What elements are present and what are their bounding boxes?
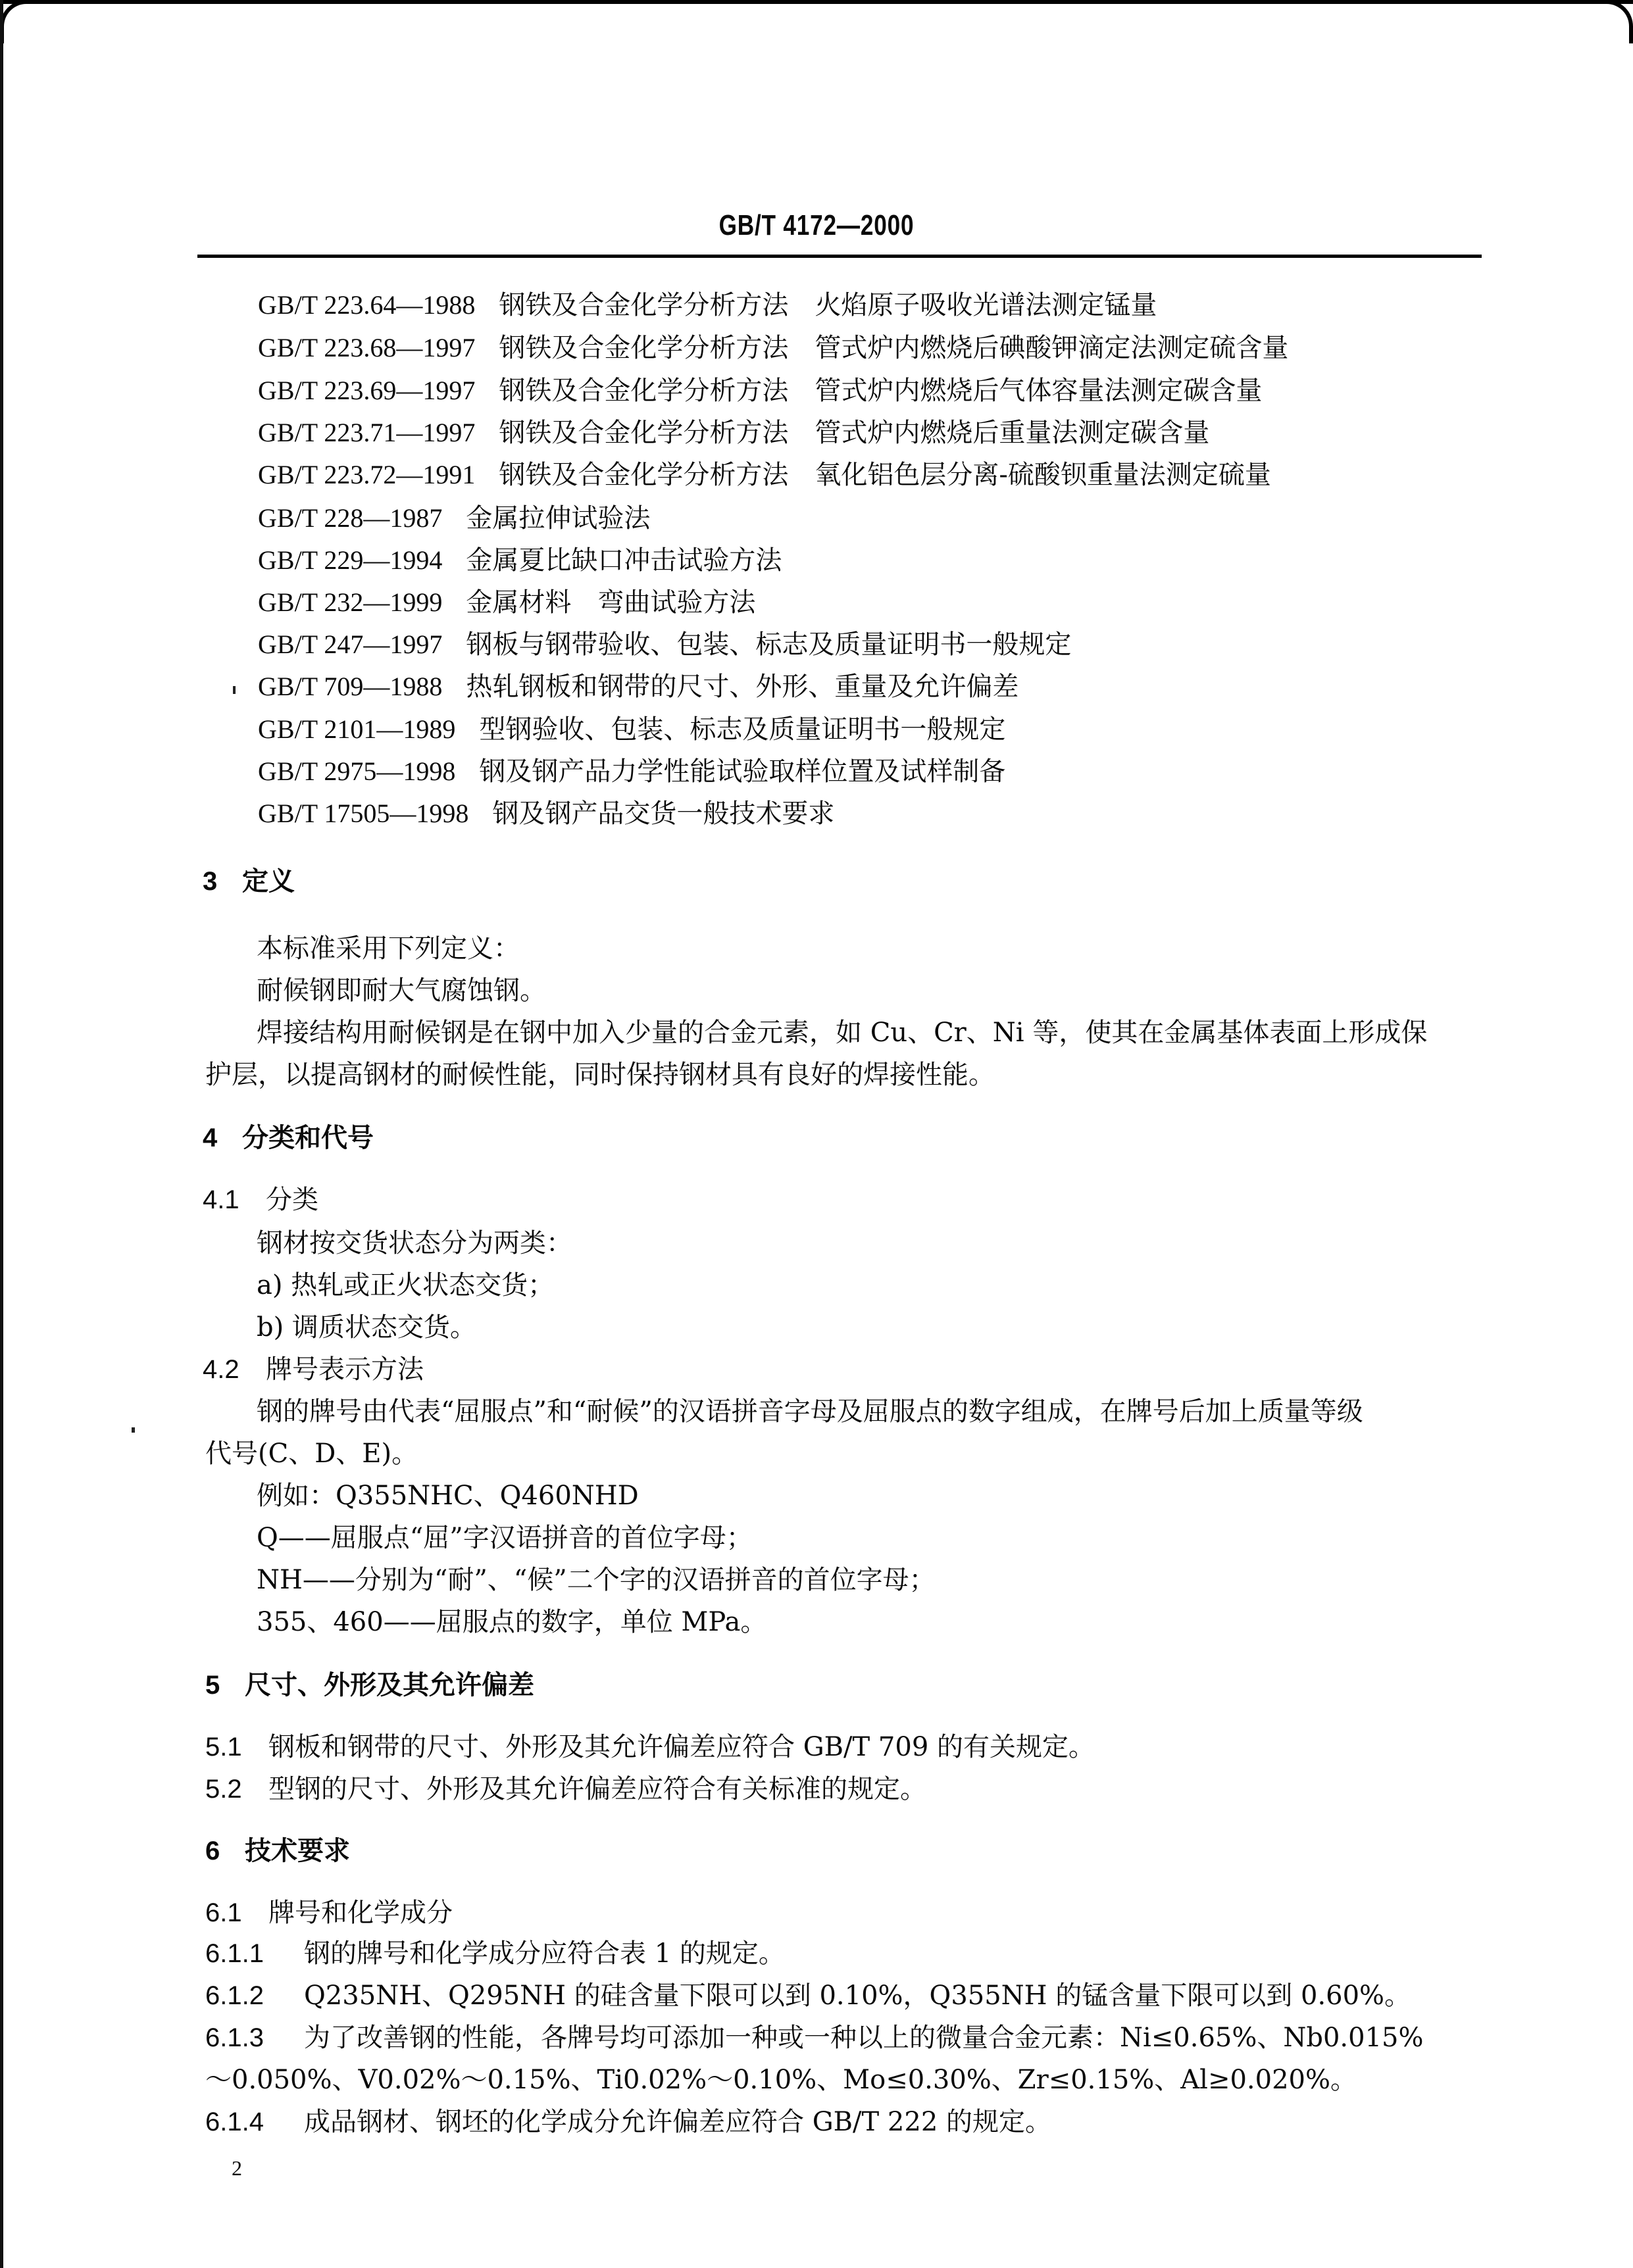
reference-item: GB/T 223.68—1997钢铁及合金化学分析方法 管式炉内燃烧后碘酸钾滴定…: [258, 332, 1288, 364]
reference-title: 钢及钢产品交货一般技术要求: [492, 798, 834, 829]
reference-title: 金属材料 弯曲试验方法: [466, 587, 755, 618]
subsection-6-1-heading: 6.1牌号和化学成分: [205, 1897, 453, 1929]
reference-title: 金属夏比缺口冲击试验方法: [466, 545, 782, 576]
reference-code: GB/T 229—1994: [258, 545, 442, 576]
clause-5-2: 5.2型钢的尺寸、外形及其允许偏差应符合有关标准的规定。: [205, 1773, 926, 1805]
clause-number: 6.1.1: [205, 1938, 304, 1969]
standard-code-header: GB/T 4172—2000: [163, 209, 1470, 242]
reference-code: GB/T 247—1997: [258, 629, 442, 660]
clause-number: 6.1.3: [205, 2022, 304, 2054]
paragraph: 钢材按交货状态分为两类：: [257, 1227, 572, 1259]
section-number: 4: [203, 1122, 242, 1154]
reference-code: GB/T 709—1988: [258, 671, 442, 703]
scan-corner-left: [0, 0, 43, 43]
reference-code: GB/T 223.71—1997: [258, 417, 475, 449]
scan-speck: [233, 686, 236, 694]
section-number: 6: [205, 1835, 245, 1867]
reference-title: 钢铁及合金化学分析方法 管式炉内燃烧后碘酸钾滴定法测定硫含量: [499, 332, 1288, 364]
subsection-title: 牌号和化学成分: [268, 1898, 453, 1928]
section-number: 5: [205, 1669, 245, 1701]
clause-6-1-2: 6.1.2Q235NH、Q295NH 的硅含量下限可以到 0.10%，Q355N…: [205, 1980, 1411, 2011]
clause-text: Q235NH、Q295NH 的硅含量下限可以到 0.10%，Q355NH 的锰含…: [304, 1981, 1411, 2011]
reference-item: GB/T 247—1997钢板与钢带验收、包装、标志及质量证明书一般规定: [258, 629, 1071, 660]
clause-text: 钢板和钢带的尺寸、外形及其允许偏差应符合 GB/T 709 的有关规定。: [268, 1732, 1095, 1762]
clause-6-1-4: 6.1.4成品钢材、钢坯的化学成分允许偏差应符合 GB/T 222 的规定。: [205, 2106, 1051, 2138]
clause-number: 5.1: [205, 1731, 268, 1763]
clause-6-1-3: 6.1.3为了改善钢的性能，各牌号均可添加一种或一种以上的微量合金元素：Ni≤0…: [205, 2022, 1424, 2054]
section-3-heading: 3定义: [203, 866, 295, 897]
reference-item: GB/T 229—1994金属夏比缺口冲击试验方法: [258, 545, 782, 576]
subsection-4-2-heading: 4.2牌号表示方法: [203, 1354, 424, 1385]
list-item: a) 热轧或正火状态交货；: [257, 1270, 554, 1301]
section-number: 3: [203, 866, 242, 897]
section-5-heading: 5尺寸、外形及其允许偏差: [205, 1669, 534, 1701]
clause-text: 成品钢材、钢坯的化学成分允许偏差应符合 GB/T 222 的规定。: [304, 2107, 1051, 2137]
reference-title: 钢铁及合金化学分析方法 管式炉内燃烧后重量法测定碳含量: [499, 417, 1209, 449]
clause-number: 5.2: [205, 1773, 268, 1805]
reference-item: GB/T 228—1987金属拉伸试验法: [258, 503, 650, 534]
reference-item: GB/T 2975—1998钢及钢产品力学性能试验取样位置及试样制备: [258, 756, 1005, 787]
reference-code: GB/T 223.64—1988: [258, 289, 475, 321]
reference-title: 型钢验收、包装、标志及质量证明书一般规定: [479, 714, 1005, 745]
definition-line: NH——分别为“耐”、“候”二个字的汉语拼音的首位字母；: [257, 1564, 936, 1596]
clause-text: 为了改善钢的性能，各牌号均可添加一种或一种以上的微量合金元素：Ni≤0.65%、…: [304, 2023, 1424, 2053]
reference-item: GB/T 223.64—1988钢铁及合金化学分析方法 火焰原子吸收光谱法测定锰…: [258, 289, 1157, 321]
reference-item: GB/T 232—1999金属材料 弯曲试验方法: [258, 587, 755, 618]
reference-item: GB/T 223.69—1997钢铁及合金化学分析方法 管式炉内燃烧后气体容量法…: [258, 375, 1262, 407]
section-4-heading: 4分类和代号: [203, 1122, 374, 1154]
reference-item: GB/T 2101—1989型钢验收、包装、标志及质量证明书一般规定: [258, 714, 1005, 745]
reference-item: GB/T 17505—1998钢及钢产品交货一般技术要求: [258, 798, 834, 829]
reference-item: GB/T 223.72—1991钢铁及合金化学分析方法 氧化铝色层分离-硫酸钡重…: [258, 459, 1271, 491]
reference-title: 金属拉伸试验法: [466, 503, 650, 534]
paragraph: 耐候钢即耐大气腐蚀钢。: [257, 975, 546, 1006]
reference-code: GB/T 2975—1998: [258, 756, 455, 787]
section-title: 尺寸、外形及其允许偏差: [245, 1670, 534, 1700]
paragraph: 本标准采用下列定义：: [257, 933, 520, 964]
clause-number: 6.1.2: [205, 1980, 304, 2011]
subsection-title: 分类: [266, 1185, 318, 1215]
reference-code: GB/T 232—1999: [258, 587, 442, 618]
reference-title: 钢铁及合金化学分析方法 火焰原子吸收光谱法测定锰量: [499, 289, 1157, 321]
clause-6-1-1: 6.1.1钢的牌号和化学成分应符合表 1 的规定。: [205, 1938, 785, 1969]
subsection-number: 4.2: [203, 1354, 266, 1385]
reference-title: 钢铁及合金化学分析方法 管式炉内燃烧后气体容量法测定碳含量: [499, 375, 1262, 407]
scan-corner-right: [1590, 0, 1633, 43]
section-title: 定义: [242, 866, 295, 897]
section-6-heading: 6技术要求: [205, 1835, 350, 1867]
reference-title: 钢铁及合金化学分析方法 氧化铝色层分离-硫酸钡重量法测定硫量: [499, 459, 1271, 491]
clause-text: 钢的牌号和化学成分应符合表 1 的规定。: [304, 1938, 785, 1969]
reference-code: GB/T 2101—1989: [258, 714, 455, 745]
paragraph-continuation: 护层，以提高钢材的耐候性能，同时保持钢材具有良好的焊接性能。: [205, 1059, 995, 1091]
definition-line: 355、460——屈服点的数字，单位 MPa。: [257, 1606, 766, 1638]
reference-code: GB/T 223.68—1997: [258, 332, 475, 364]
example-line: 例如：Q355NHC、Q460NHD: [257, 1480, 639, 1512]
paragraph-continuation: 代号(C、D、E)。: [205, 1438, 418, 1469]
clause-continuation: ～0.050%、V0.02%～0.15%、Ti0.02%～0.10%、Mo≤0.…: [205, 2064, 1357, 2096]
section-title: 分类和代号: [242, 1123, 374, 1153]
scan-edge-left: [0, 0, 3, 2268]
clause-text: 型钢的尺寸、外形及其允许偏差应符合有关标准的规定。: [268, 1774, 926, 1804]
reference-code: GB/T 223.72—1991: [258, 459, 475, 491]
paragraph: 钢的牌号由代表“屈服点”和“耐候”的汉语拼音字母及屈服点的数字组成，在牌号后加上…: [257, 1396, 1363, 1427]
reference-item: GB/T 709—1988热轧钢板和钢带的尺寸、外形、重量及允许偏差: [258, 671, 1018, 703]
scan-speck: [132, 1427, 135, 1433]
reference-item: GB/T 223.71—1997钢铁及合金化学分析方法 管式炉内燃烧后重量法测定…: [258, 417, 1209, 449]
subsection-title: 牌号表示方法: [266, 1354, 424, 1385]
list-item: b) 调质状态交货。: [257, 1312, 476, 1343]
reference-title: 热轧钢板和钢带的尺寸、外形、重量及允许偏差: [466, 671, 1018, 703]
section-title: 技术要求: [245, 1836, 350, 1866]
paragraph: 焊接结构用耐候钢是在钢中加入少量的合金元素，如 Cu、Cr、Ni 等，使其在金属…: [257, 1017, 1427, 1048]
scan-border-top: [0, 0, 1633, 4]
clause-5-1: 5.1钢板和钢带的尺寸、外形及其允许偏差应符合 GB/T 709 的有关规定。: [205, 1731, 1095, 1763]
reference-title: 钢板与钢带验收、包装、标志及质量证明书一般规定: [466, 629, 1071, 660]
reference-title: 钢及钢产品力学性能试验取样位置及试样制备: [479, 756, 1005, 787]
subsection-number: 6.1: [205, 1897, 268, 1929]
reference-code: GB/T 223.69—1997: [258, 375, 475, 407]
reference-code: GB/T 228—1987: [258, 503, 442, 534]
page-number: 2: [232, 2156, 242, 2181]
definition-line: Q——屈服点“屈”字汉语拼音的首位字母；: [257, 1522, 753, 1554]
subsection-4-1-heading: 4.1分类: [203, 1184, 318, 1216]
reference-code: GB/T 17505—1998: [258, 798, 468, 829]
subsection-number: 4.1: [203, 1184, 266, 1216]
header-rule: [197, 255, 1482, 258]
clause-number: 6.1.4: [205, 2106, 304, 2138]
